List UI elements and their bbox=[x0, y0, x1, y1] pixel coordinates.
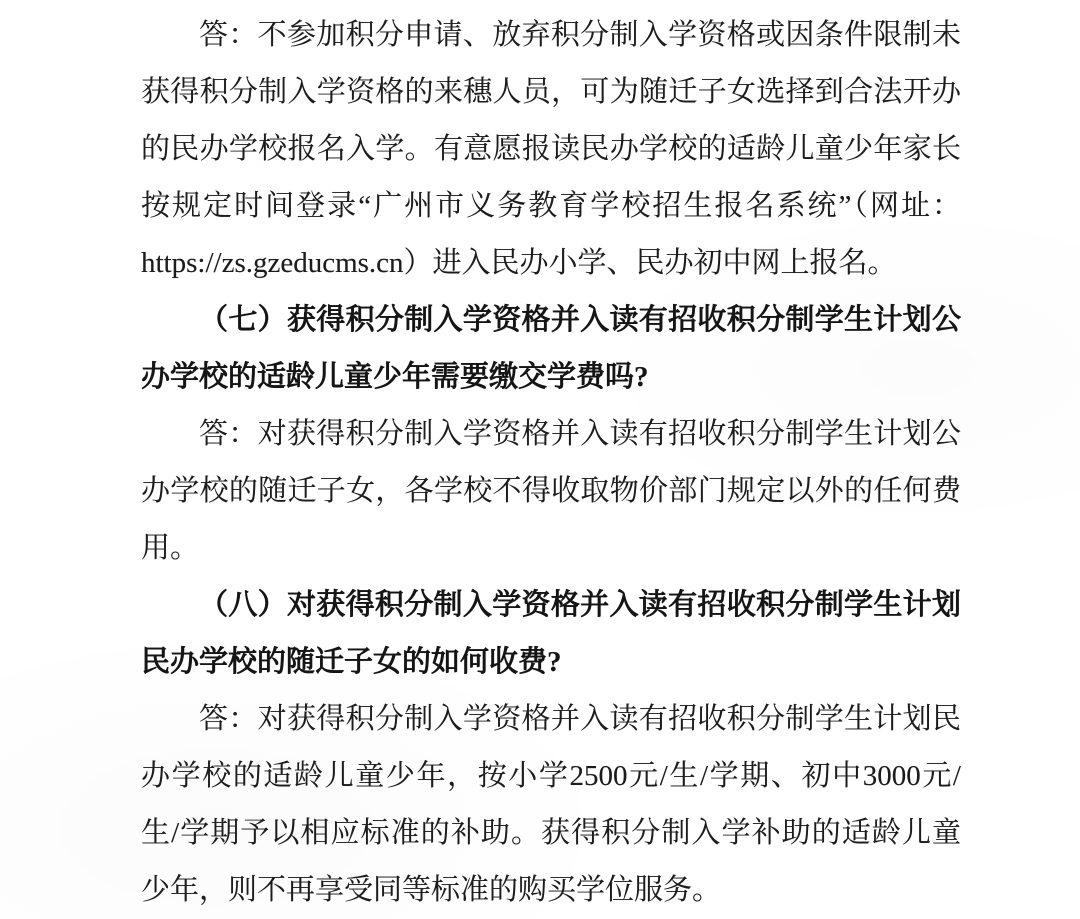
text-line: 办学校的适龄儿童少年，按小学2500元/生/学期、初中3000元/ bbox=[141, 748, 961, 805]
text-line: 生/学期予以相应标准的补助。获得积分制入学补助的适龄儿童 bbox=[141, 805, 961, 862]
text-line: 答：对获得积分制入学资格并入读有招收积分制学生计划公 bbox=[141, 406, 961, 463]
text-line: https://zs.gzeducms.cn）进入民办小学、民办初中网上报名。 bbox=[141, 235, 961, 292]
text-line: 获得积分制入学资格的来穗人员，可为随迁子女选择到合法开办 bbox=[141, 64, 961, 121]
text-line: 办学校的随迁子女，各学校不得收取物价部门规定以外的任何费 bbox=[141, 463, 961, 520]
document-body: 答：不参加积分申请、放弃积分制入学资格或因条件限制未获得积分制入学资格的来穗人员… bbox=[141, 7, 961, 919]
text-line: 民办学校的随迁子女的如何收费? bbox=[141, 634, 961, 691]
text-line: （七）获得积分制入学资格并入读有招收积分制学生计划公 bbox=[141, 292, 961, 349]
text-line: 答：不参加积分申请、放弃积分制入学资格或因条件限制未 bbox=[141, 7, 961, 64]
text-line: （八）对获得积分制入学资格并入读有招收积分制学生计划 bbox=[141, 577, 961, 634]
text-line: 答：对获得积分制入学资格并入读有招收积分制学生计划民 bbox=[141, 691, 961, 748]
text-line: 办学校的适龄儿童少年需要缴交学费吗? bbox=[141, 349, 961, 406]
text-line: 按规定时间登录“广州市义务教育学校招生报名系统”（网址： bbox=[141, 178, 961, 235]
question-heading-8: （八）对获得积分制入学资格并入读有招收积分制学生计划民办学校的随迁子女的如何收费… bbox=[141, 577, 961, 691]
document-page: 答：不参加积分申请、放弃积分制入学资格或因条件限制未获得积分制入学资格的来穗人员… bbox=[0, 0, 1080, 919]
text-line: 的民办学校报名入学。有意愿报读民办学校的适龄儿童少年家长 bbox=[141, 121, 961, 178]
text-line: 少年，则不再享受同等标准的购买学位服务。 bbox=[141, 862, 961, 919]
question-heading-7: （七）获得积分制入学资格并入读有招收积分制学生计划公办学校的适龄儿童少年需要缴交… bbox=[141, 292, 961, 406]
answer-paragraph: 答：不参加积分申请、放弃积分制入学资格或因条件限制未获得积分制入学资格的来穗人员… bbox=[141, 7, 961, 292]
answer-paragraph: 答：对获得积分制入学资格并入读有招收积分制学生计划民办学校的适龄儿童少年，按小学… bbox=[141, 691, 961, 919]
answer-paragraph: 答：对获得积分制入学资格并入读有招收积分制学生计划公办学校的随迁子女，各学校不得… bbox=[141, 406, 961, 577]
text-line: 用。 bbox=[141, 520, 961, 577]
